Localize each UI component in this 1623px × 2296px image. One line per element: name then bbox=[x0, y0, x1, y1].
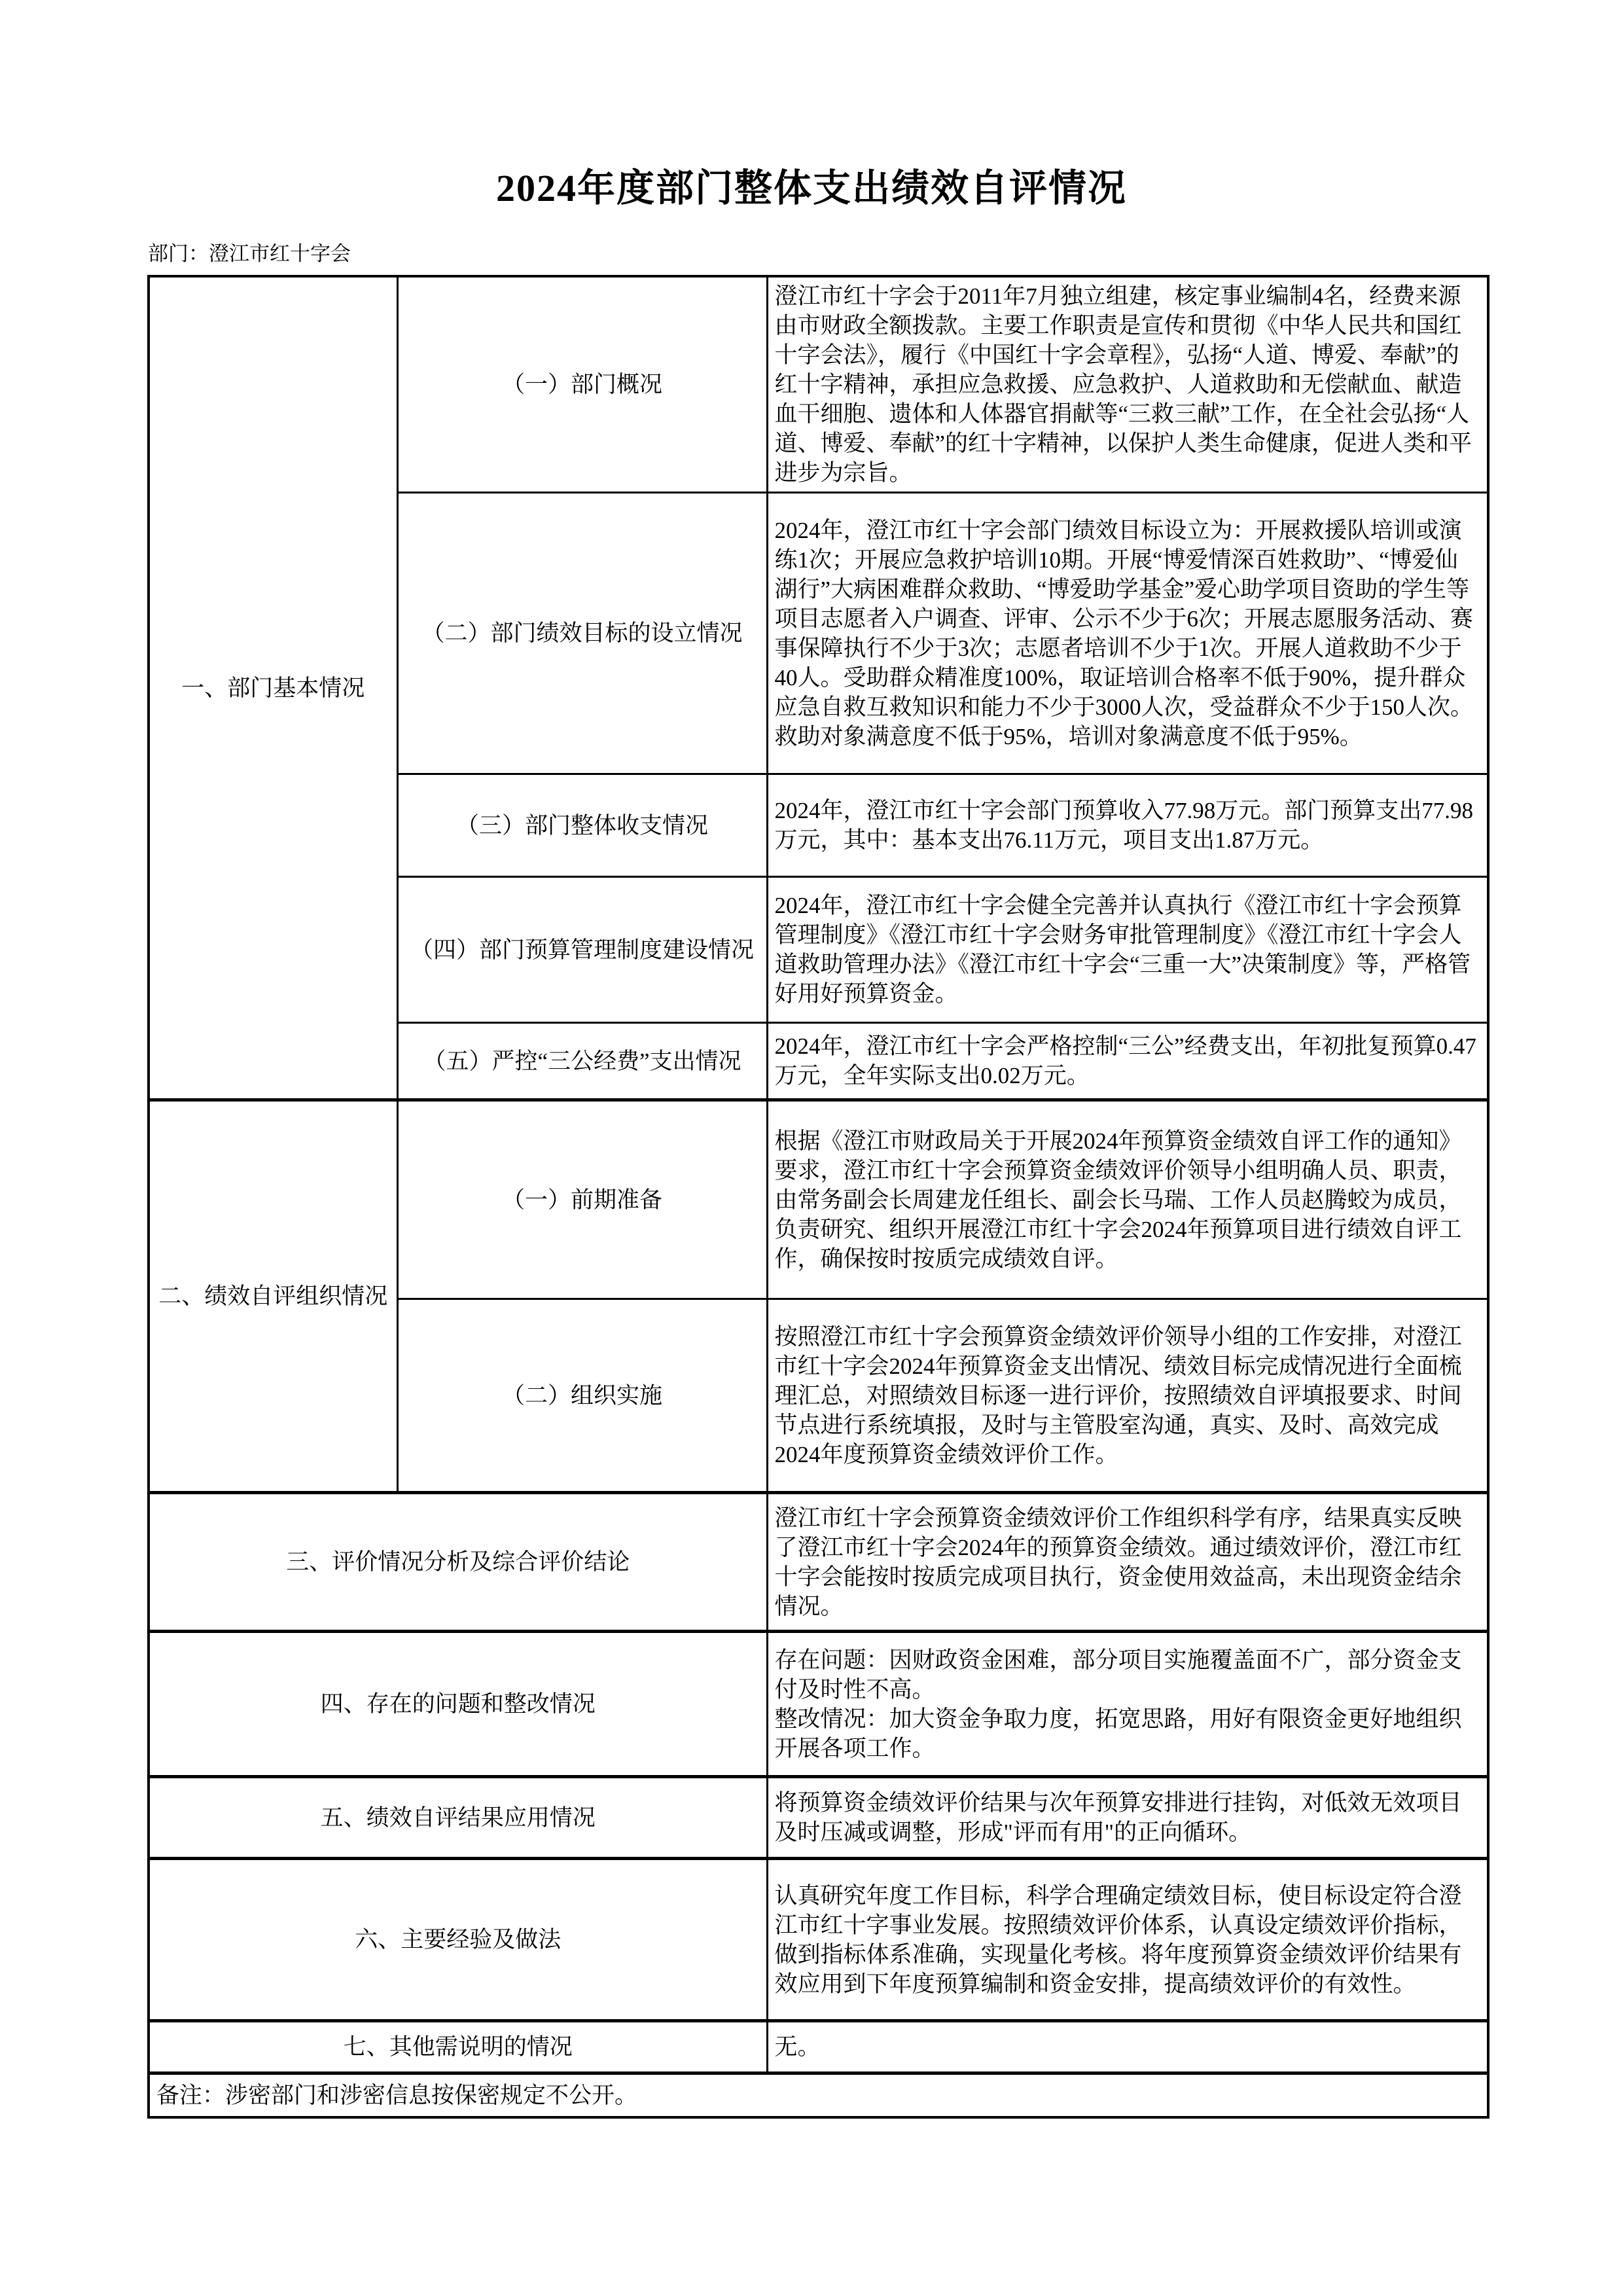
row-content-cell: 2024年，澄江市红十字会健全完善并认真执行《澄江市红十字会预算管理制度》《澄江… bbox=[767, 877, 1488, 1023]
section6-label-cell: 六、主要经验及做法 bbox=[149, 1859, 767, 2021]
row-content-cell: 澄江市红十字会预算资金绩效评价工作组织科学有序，结果真实反映了澄江市红十字会20… bbox=[767, 1493, 1488, 1632]
table-row: 三、评价情况分析及综合评价结论 澄江市红十字会预算资金绩效评价工作组织科学有序，… bbox=[149, 1493, 1488, 1632]
self-evaluation-table: 一、部门基本情况 （一）部门概况 澄江市红十字会于2011年7月独立组建，核定事… bbox=[147, 275, 1489, 2119]
section7-label-cell: 七、其他需说明的情况 bbox=[149, 2021, 767, 2073]
table-row: 五、绩效自评结果应用情况 将预算资金绩效评价结果与次年预算安排进行挂钩，对低效无… bbox=[149, 1777, 1488, 1859]
table-row: 二、绩效自评组织情况 （一）前期准备 根据《澄江市财政局关于开展2024年预算资… bbox=[149, 1100, 1488, 1299]
row-label-cell: （一）部门概况 bbox=[397, 276, 767, 493]
row-label-cell: （二）部门绩效目标的设立情况 bbox=[397, 493, 767, 774]
table-row: 一、部门基本情况 （一）部门概况 澄江市红十字会于2011年7月独立组建，核定事… bbox=[149, 276, 1488, 493]
row-content-cell: 认真研究年度工作目标，科学合理确定绩效目标，使目标设定符合澄江市红十字事业发展。… bbox=[767, 1859, 1488, 2021]
section3-label-cell: 三、评价情况分析及综合评价结论 bbox=[149, 1493, 767, 1632]
row-label-cell: （三）部门整体收支情况 bbox=[397, 774, 767, 877]
section1-group-cell: 一、部门基本情况 bbox=[149, 276, 397, 1100]
row-content-cell: 将预算资金绩效评价结果与次年预算安排进行挂钩，对低效无效项目及时压减或调整，形成… bbox=[767, 1777, 1488, 1859]
document-title: 2024年度部门整体支出绩效自评情况 bbox=[0, 157, 1623, 212]
row-content-cell: 澄江市红十字会于2011年7月独立组建，核定事业编制4名，经费来源由市财政全额拨… bbox=[767, 276, 1488, 493]
row-label-cell: （四）部门预算管理制度建设情况 bbox=[397, 877, 767, 1023]
row-label-cell: （一）前期准备 bbox=[397, 1100, 767, 1299]
row-content-cell: 存在问题：因财政资金困难，部分项目实施覆盖面不广，部分资金支付及时性不高。 整改… bbox=[767, 1632, 1488, 1777]
row-content-cell: 根据《澄江市财政局关于开展2024年预算资金绩效自评工作的通知》要求，澄江市红十… bbox=[767, 1100, 1488, 1299]
table-row: 四、存在的问题和整改情况 存在问题：因财政资金困难，部分项目实施覆盖面不广，部分… bbox=[149, 1632, 1488, 1777]
row-content-cell: 2024年，澄江市红十字会严格控制“三公”经费支出，年初批复预算0.47万元，全… bbox=[767, 1023, 1488, 1100]
row-content-cell: 按照澄江市红十字会预算资金绩效评价领导小组的工作安排，对澄江市红十字会2024年… bbox=[767, 1299, 1488, 1493]
document-page: 2024年度部门整体支出绩效自评情况 部门：澄江市红十字会 一、部门基本情况 （… bbox=[0, 0, 1623, 2296]
row-label-cell: （五）严控“三公经费”支出情况 bbox=[397, 1023, 767, 1100]
note-cell: 备注：涉密部门和涉密信息按保密规定不公开。 bbox=[149, 2073, 1488, 2117]
section2-group-cell: 二、绩效自评组织情况 bbox=[149, 1100, 397, 1493]
row-content-cell: 2024年，澄江市红十字会部门绩效目标设立为：开展救援队培训或演练1次；开展应急… bbox=[767, 493, 1488, 774]
row-content-cell: 无。 bbox=[767, 2021, 1488, 2073]
table-row: 备注：涉密部门和涉密信息按保密规定不公开。 bbox=[149, 2073, 1488, 2117]
row-label-cell: （二）组织实施 bbox=[397, 1299, 767, 1493]
department-label: 部门：澄江市红十字会 bbox=[148, 237, 351, 266]
row-content-cell: 2024年，澄江市红十字会部门预算收入77.98万元。部门预算支出77.98万元… bbox=[767, 774, 1488, 877]
table-row: 七、其他需说明的情况 无。 bbox=[149, 2021, 1488, 2073]
table-row: 六、主要经验及做法 认真研究年度工作目标，科学合理确定绩效目标，使目标设定符合澄… bbox=[149, 1859, 1488, 2021]
section5-label-cell: 五、绩效自评结果应用情况 bbox=[149, 1777, 767, 1859]
section4-label-cell: 四、存在的问题和整改情况 bbox=[149, 1632, 767, 1777]
